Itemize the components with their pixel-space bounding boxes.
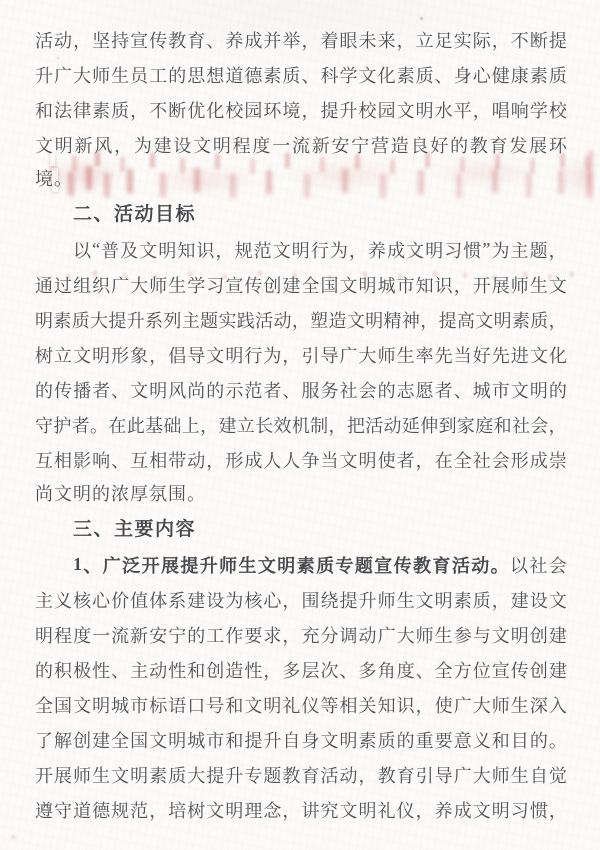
document-body: 活动，坚持宣传教育、养成并举，着眼未来，立足实际，不断提升广大师生员工的思想道德…: [35, 22, 567, 827]
text-line: 了解创建全国文明城市和提升自身文明素质的重要意义和目的。: [35, 722, 567, 757]
text-line: 守护者。在此基础上，建立长效机制，把活动延伸到家庭和社会，: [35, 407, 567, 442]
text-line: 境。: [35, 162, 567, 197]
text-line: 的传播者、文明风尚的示范者、服务社会的志愿者、城市文明的: [35, 372, 567, 407]
text-line: 主义核心价值体系建设为核心，围绕提升师生文明素质，建设文: [35, 582, 567, 617]
text-line: 遵守道德规范，培树文明理念，讲究文明礼仪，养成文明习惯，: [35, 792, 567, 827]
text-line: 和法律素质，不断优化校园环境，提升校园文明水平，唱响学校: [35, 92, 567, 127]
text-line: 开展师生文明素质大提升专题教育活动，教育引导广大师生自觉: [35, 757, 567, 792]
watermark-right-edge-streak: [588, 150, 593, 202]
text-line: 尚文明的浓厚氛围。: [35, 477, 567, 512]
scan-speck: [11, 835, 16, 839]
section-heading: 三、主要内容: [35, 512, 567, 547]
text-line: 全国文明城市标语口号和文明礼仪等相关知识，使广大师生深入: [35, 687, 567, 722]
text-line: 活动，坚持宣传教育、养成并举，着眼未来，立足实际，不断提: [35, 22, 567, 57]
scan-speck: [420, 17, 423, 20]
text-line: 明程度一流新安宁的工作要求，充分调动广大师生参与文明创建: [35, 617, 567, 652]
text-line: 以“普及文明知识，规范文明行为，养成文明习惯”为主题，: [35, 232, 567, 267]
text-line: 互相影响、互相带动，形成人人争当文明使者，在全社会形成崇: [35, 442, 567, 477]
section-heading: 二、活动目标: [35, 197, 567, 232]
text-line: 树立文明形象，倡导文明行为，引导广大师生率先当好先进文化: [35, 337, 567, 372]
document-page: 活动，坚持宣传教育、养成并举，着眼未来，立足实际，不断提升广大师生员工的思想道德…: [0, 0, 600, 850]
text-line: 明素质大提升系列主题实践活动，塑造文明精神，提高文明素质，: [35, 302, 567, 337]
text-line: 升广大师生员工的思想道德素质、科学文化素质、身心健康素质: [35, 57, 567, 92]
text-line: 的积极性、主动性和创造性，多层次、多角度、全方位宣传创建: [35, 652, 567, 687]
text-line: 文明新风，为建设文明程度一流新安宁营造良好的教育发展环: [35, 127, 567, 162]
text-line: 通过组织广大师生学习宣传创建全国文明城市知识，开展师生文: [35, 267, 567, 302]
text-line: 1、广泛开展提升师生文明素质专题宣传教育活动。以社会: [35, 547, 567, 582]
